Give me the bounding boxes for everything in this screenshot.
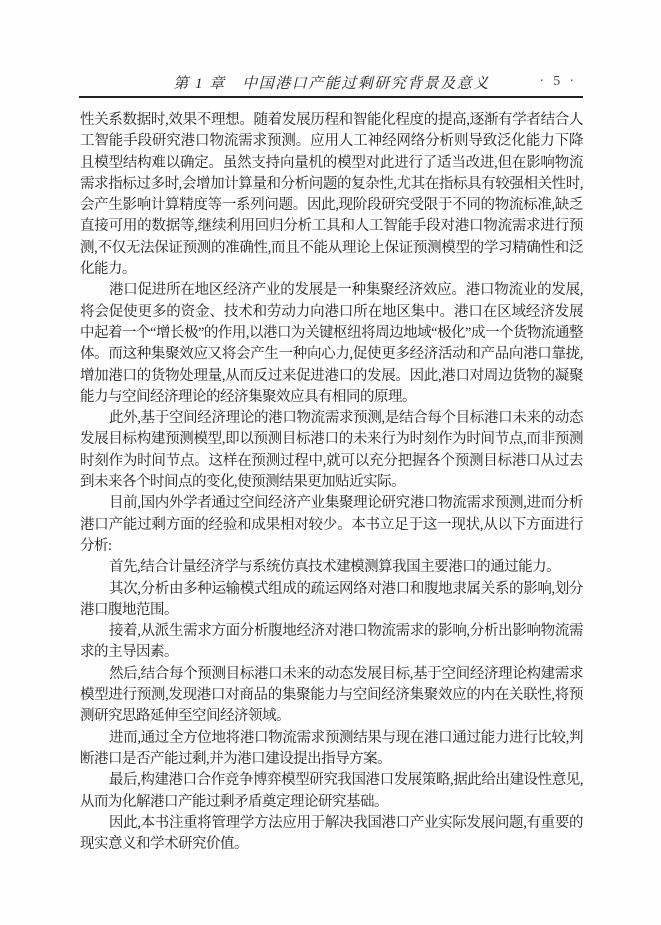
book-page: 第 1 章 中国港口产能过剩研究背景及意义 · 5 · 性关系数据时,效果不理想… xyxy=(0,0,661,925)
paragraph-3: 此外,基于空间经济理论的港口物流需求预测,是结合每个目标港口未来的动态发展目标构… xyxy=(80,408,583,493)
page-body: 性关系数据时,效果不理想。随着发展历程和智能化程度的提高,逐渐有学者结合人工智能… xyxy=(80,110,583,855)
header-rule xyxy=(79,96,583,98)
paragraph-5: 首先,结合计量经济学与系统仿真技术建模测算我国主要港口的通过能力。 xyxy=(80,557,583,578)
paragraph-4: 目前,国内外学者通过空间经济产业集聚理论研究港口物流需求预测,进而分析港口产能过… xyxy=(80,493,583,557)
page-number: · 5 · xyxy=(540,73,578,89)
paragraph-8: 然后,结合每个预测目标港口未来的动态发展目标,基于空间经济理论构建需求模型进行预… xyxy=(80,664,583,728)
chapter-title: 第 1 章 中国港口产能过剩研究背景及意义 xyxy=(80,72,583,93)
paragraph-6: 其次,分析由多种运输模式组成的疏运网络对港口和腹地隶属关系的影响,划分港口腹地范… xyxy=(80,579,583,622)
paragraph-7: 接着,从派生需求方面分析腹地经济对港口物流需求的影响,分析出影响物流需求的主导因… xyxy=(80,621,583,664)
page-header: 第 1 章 中国港口产能过剩研究背景及意义 · 5 · xyxy=(80,72,583,94)
paragraph-10: 最后,构建港口合作竞争博弈模型研究我国港口发展策略,据此给出建设性意见,从而为化… xyxy=(80,770,583,813)
paragraph-1: 性关系数据时,效果不理想。随着发展历程和智能化程度的提高,逐渐有学者结合人工智能… xyxy=(80,110,583,280)
paragraph-2: 港口促进所在地区经济产业的发展是一种集聚经济效应。港口物流业的发展,将会促使更多… xyxy=(80,280,583,408)
paragraph-11: 因此,本书注重将管理学方法应用于解决我国港口产业实际发展问题,有重要的现实意义和… xyxy=(80,813,583,856)
paragraph-9: 进而,通过全方位地将港口物流需求预测结果与现在港口通过能力进行比较,判断港口是否… xyxy=(80,728,583,771)
